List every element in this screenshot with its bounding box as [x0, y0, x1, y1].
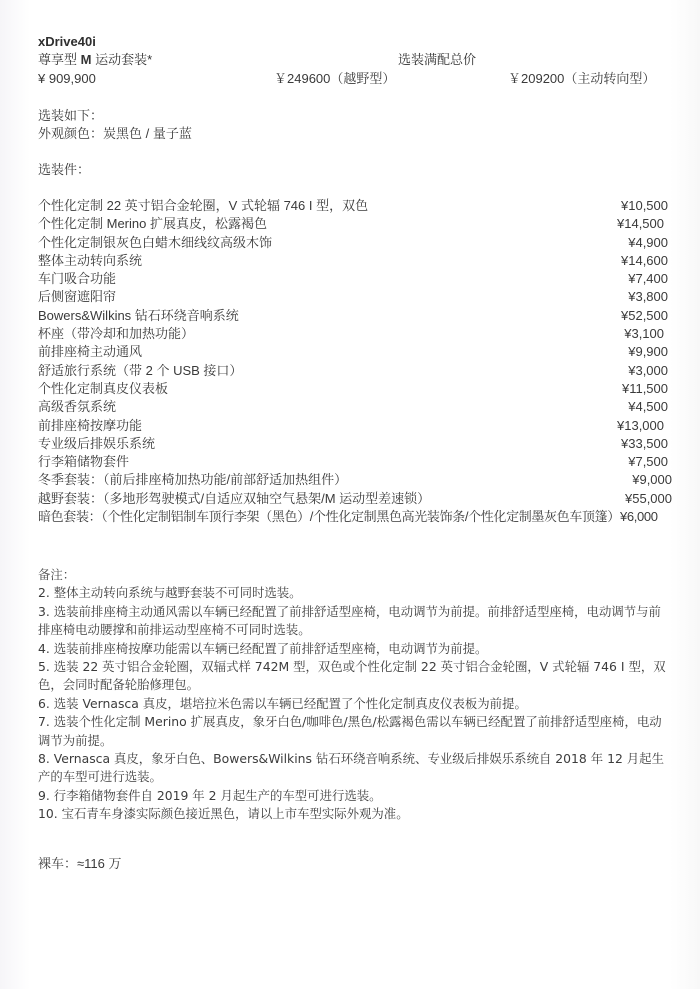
option-price: ¥7,400 — [628, 270, 668, 288]
options-heading: 选装如下： — [38, 107, 103, 125]
option-row: 杯座（带冷却和加热功能）¥3,100 — [38, 325, 668, 343]
option-name: 专业级后排娱乐系统 — [38, 435, 155, 453]
option-name: 前排座椅按摩功能 — [38, 417, 142, 435]
variant-m-badge: M — [81, 52, 92, 67]
option-name: Bowers&Wilkins 钻石环绕音响系统 — [38, 307, 239, 325]
option-name: 杯座（带冷却和加热功能） — [38, 325, 194, 343]
package-name-text: 暗色套装：（个性化定制铝制车顶行李架（黑色）/个性化定制黑色高光装饰条/个性化定… — [38, 509, 620, 524]
option-price: ¥3,000 — [628, 362, 668, 380]
option-row: 专业级后排娱乐系统¥33,500 — [38, 435, 668, 453]
note-item: 9. 行李箱储物套件自 2019 年 2 月起生产的车型可进行选装。 — [38, 787, 670, 805]
total-price-title: 选装满配总价 — [398, 51, 476, 69]
base-price: ¥ 909,900 — [38, 70, 96, 88]
note-item: 6. 选装 Vernasca 真皮，堪培拉米色需以车辆已经配置了个性化定制真皮仪… — [38, 695, 670, 713]
package-price: ¥9,000 — [632, 471, 672, 489]
notes-section: 备注： 2. 整体主动转向系统与越野套装不可同时选装。 3. 选装前排座椅主动通… — [38, 566, 670, 824]
option-price: ¥52,500 — [621, 307, 668, 325]
note-item: 5. 选装 22 英寸铝合金轮圈，双辐式样 742M 型，双色或个性化定制 22… — [38, 658, 670, 695]
option-name: 车门吸合功能 — [38, 270, 116, 288]
variant-name: 尊享型 M 运动套装* — [38, 51, 152, 69]
option-price: ¥14,500 — [617, 215, 664, 233]
option-name: 个性化定制 Merino 扩展真皮，松露褐色 — [38, 215, 267, 233]
option-row: 前排座椅主动通风¥9,900 — [38, 343, 668, 361]
option-row: 高级香氛系统¥4,500 — [38, 398, 668, 416]
options-list: 个性化定制 22 英寸铝合金轮圈，V 式轮辐 746 I 型，双色¥10,500… — [38, 197, 668, 526]
note-item: 3. 选装前排座椅主动通风需以车辆已经配置了前排舒适型座椅，电动调节为前提。前排… — [38, 603, 670, 640]
package-name: 冬季套装：（前后排座椅加热功能/前部舒适加热组件） — [38, 471, 347, 489]
option-name: 个性化定制真皮仪表板 — [38, 380, 168, 398]
option-price: ¥4,900 — [628, 234, 668, 252]
option-price: ¥13,000 — [617, 417, 664, 435]
option-row: 个性化定制银灰色白蜡木细线纹高级木饰¥4,900 — [38, 234, 668, 252]
bare-car-price: 裸车：≈116 万 — [38, 855, 121, 873]
note-item: 4. 选装前排座椅按摩功能需以车辆已经配置了前排舒适型座椅，电动调节为前提。 — [38, 640, 670, 658]
option-price: ¥10,500 — [621, 197, 668, 215]
option-name: 高级香氛系统 — [38, 398, 116, 416]
option-row: 车门吸合功能¥7,400 — [38, 270, 668, 288]
note-item: 8. Vernasca 真皮，象牙白色、Bowers&Wilkins 钻石环绕音… — [38, 750, 670, 787]
price-sheet-page: xDrive40i 尊享型 M 运动套装* ¥ 909,900 选装满配总价 ￥… — [0, 0, 700, 989]
notes-heading: 备注： — [38, 566, 670, 584]
option-price: ¥11,500 — [622, 380, 668, 398]
option-row: 个性化定制 22 英寸铝合金轮圈，V 式轮辐 746 I 型，双色¥10,500 — [38, 197, 668, 215]
option-name: 个性化定制 22 英寸铝合金轮圈，V 式轮辐 746 I 型，双色 — [38, 197, 368, 215]
package-name: 越野套装：（多地形驾驶模式/自适应双轴空气悬架/M 运动型差速锁） — [38, 490, 430, 508]
parts-heading: 选装件： — [38, 161, 90, 179]
option-row: 前排座椅按摩功能¥13,000 — [38, 417, 668, 435]
option-row: 行李箱储物套件¥7,500 — [38, 453, 668, 471]
total-price-offroad: ￥249600（越野型） — [274, 70, 395, 88]
note-item: 7. 选装个性化定制 Merino 扩展真皮，象牙白色/咖啡色/黑色/松露褐色需… — [38, 713, 670, 750]
option-price: ¥33,500 — [621, 435, 668, 453]
note-item: 2. 整体主动转向系统与越野套装不可同时选装。 — [38, 584, 670, 602]
option-price: ¥4,500 — [628, 398, 668, 416]
package-name: 暗色套装：（个性化定制铝制车顶行李架（黑色）/个性化定制黑色高光装饰条/个性化定… — [38, 508, 658, 526]
package-row-dark: 暗色套装：（个性化定制铝制车顶行李架（黑色）/个性化定制黑色高光装饰条/个性化定… — [38, 508, 668, 526]
option-price: ¥3,800 — [628, 288, 668, 306]
package-price: ¥6,000 — [620, 509, 658, 524]
option-price: ¥9,900 — [628, 343, 668, 361]
package-row-winter: 冬季套装：（前后排座椅加热功能/前部舒适加热组件）¥9,000 — [38, 471, 668, 489]
package-row-offroad: 越野套装：（多地形驾驶模式/自适应双轴空气悬架/M 运动型差速锁）¥55,000 — [38, 490, 668, 508]
option-price: ¥3,100 — [624, 325, 664, 343]
variant-prefix: 尊享型 — [38, 52, 81, 67]
exterior-color: 外观颜色：炭黑色 / 量子蓝 — [38, 125, 192, 143]
total-price-active-steering: ￥209200（主动转向型） — [508, 70, 655, 88]
option-price: ¥7,500 — [628, 453, 668, 471]
option-name: 行李箱储物套件 — [38, 453, 129, 471]
option-name: 整体主动转向系统 — [38, 252, 142, 270]
option-name: 后侧窗遮阳帘 — [38, 288, 116, 306]
variant-suffix: 运动套装* — [91, 52, 152, 67]
note-item: 10. 宝石青车身漆实际颜色接近黑色，请以上市车型实际外观为准。 — [38, 805, 670, 823]
option-row: 整体主动转向系统¥14,600 — [38, 252, 668, 270]
option-row: 个性化定制真皮仪表板¥11,500 — [38, 380, 668, 398]
option-row: 舒适旅行系统（带 2 个 USB 接口）¥3,000 — [38, 362, 668, 380]
option-name: 个性化定制银灰色白蜡木细线纹高级木饰 — [38, 234, 272, 252]
option-name: 前排座椅主动通风 — [38, 343, 142, 361]
package-price: ¥55,000 — [625, 490, 672, 508]
option-name: 舒适旅行系统（带 2 个 USB 接口） — [38, 362, 242, 380]
option-price: ¥14,600 — [621, 252, 668, 270]
option-row: 后侧窗遮阳帘¥3,800 — [38, 288, 668, 306]
option-row: 个性化定制 Merino 扩展真皮，松露褐色¥14,500 — [38, 215, 668, 233]
option-row: Bowers&Wilkins 钻石环绕音响系统¥52,500 — [38, 307, 668, 325]
model-name: xDrive40i — [38, 33, 96, 51]
